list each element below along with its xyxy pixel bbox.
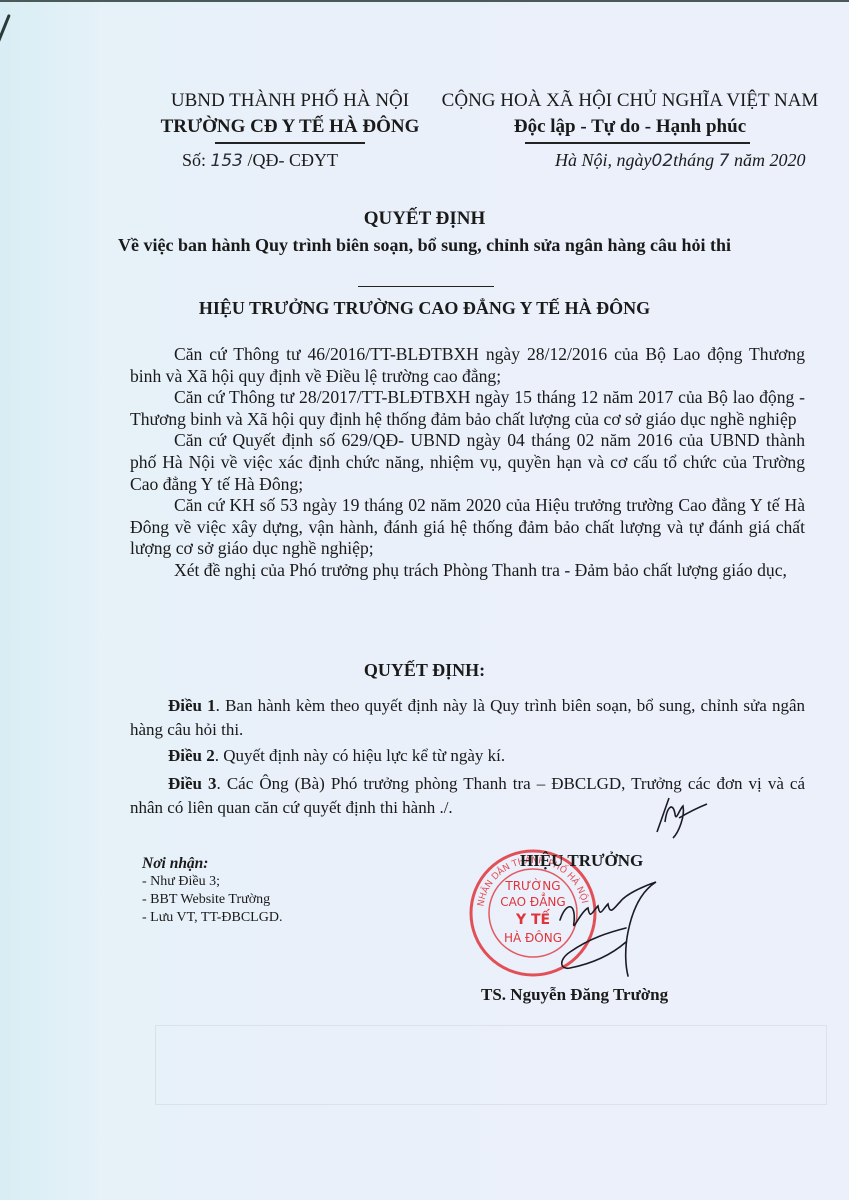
basis-paragraph: Căn cứ Thông tư 46/2016/TT-BLĐTBXH ngày … [130,344,805,387]
signer-title: HIỆU TRƯỞNG [520,851,643,871]
recipients-title: Nơi nhận: [142,855,282,873]
signer-name: TS. Nguyễn Đăng Trường [481,985,668,1005]
handwritten-day: 02 [652,151,674,171]
handwritten-signature [540,872,680,982]
basis-paragraph: Căn cứ KH số 53 ngày 19 tháng 02 năm 202… [130,495,805,560]
date-prefix: Hà Nội, ngày [555,150,652,170]
article-2: Điều 2. Quyết định này có hiệu lực kể từ… [130,744,805,768]
basis-paragraph: Xét đề nghị của Phó trưởng phụ trách Phò… [130,560,805,582]
document-number: Số: 153 /QĐ- CĐYT [182,150,338,171]
article-label: Điều 1 [168,696,216,715]
document-date: Hà Nội, ngày02tháng 7 năm 2020 [555,150,805,171]
underline [525,142,750,144]
year-label: năm 2020 [734,150,806,170]
initials-signature [645,792,715,842]
national-motto: CỘNG HOÀ XÃ HỘI CHỦ NGHĨA VIỆT NAM Độc l… [430,88,830,144]
recipients: Nơi nhận: - Như Điều 3; - BBT Website Tr… [142,855,282,927]
document-subject: Về việc ban hành Quy trình biên soạn, bổ… [0,235,849,256]
motto: Độc lập - Tự do - Hạnh phúc [430,114,830,140]
article-text: . Ban hành kèm theo quyết định này là Qu… [130,696,805,739]
article-label: Điều 3 [168,774,217,793]
article-text: . Quyết định này có hiệu lực kể từ ngày … [215,746,505,765]
handwritten-number: 153 [211,151,243,171]
month-label: tháng [673,150,714,170]
handwritten-month: 7 [719,151,730,171]
recipient-item: - BBT Website Trường [142,891,282,909]
basis-paragraph: Căn cứ Thông tư 28/2017/TT-BLĐTBXH ngày … [130,387,805,430]
number-label: Số: [182,150,206,170]
school-name: TRƯỜNG CĐ Y TẾ HÀ ĐÔNG [140,114,440,140]
recipient-item: - Lưu VT, TT-ĐBCLGD. [142,909,282,927]
document-title: QUYẾT ĐỊNH [0,208,849,230]
pen-mark [0,14,11,49]
article-label: Điều 2 [168,746,215,765]
underline [215,142,365,144]
city-committee: UBND THÀNH PHỐ HÀ NỘI [140,88,440,114]
article-1: Điều 1. Ban hành kèm theo quyết định này… [130,694,805,742]
scan-edge-line [0,0,849,2]
bleed-through-table [155,1025,827,1105]
issuing-official: HIỆU TRƯỞNG TRƯỜNG CAO ĐẲNG Y TẾ HÀ ĐÔNG [0,298,849,319]
decision-heading: QUYẾT ĐỊNH: [0,660,849,681]
recipient-item: - Như Điều 3; [142,873,282,891]
country-name: CỘNG HOÀ XÃ HỘI CHỦ NGHĨA VIỆT NAM [430,88,830,114]
title-divider [358,286,494,287]
basis-paragraph: Căn cứ Quyết định số 629/QĐ- UBND ngày 0… [130,430,805,495]
number-suffix: /QĐ- CĐYT [247,150,338,170]
legal-bases: Căn cứ Thông tư 46/2016/TT-BLĐTBXH ngày … [130,344,805,582]
issuing-authority: UBND THÀNH PHỐ HÀ NỘI TRƯỜNG CĐ Y TẾ HÀ … [140,88,440,144]
